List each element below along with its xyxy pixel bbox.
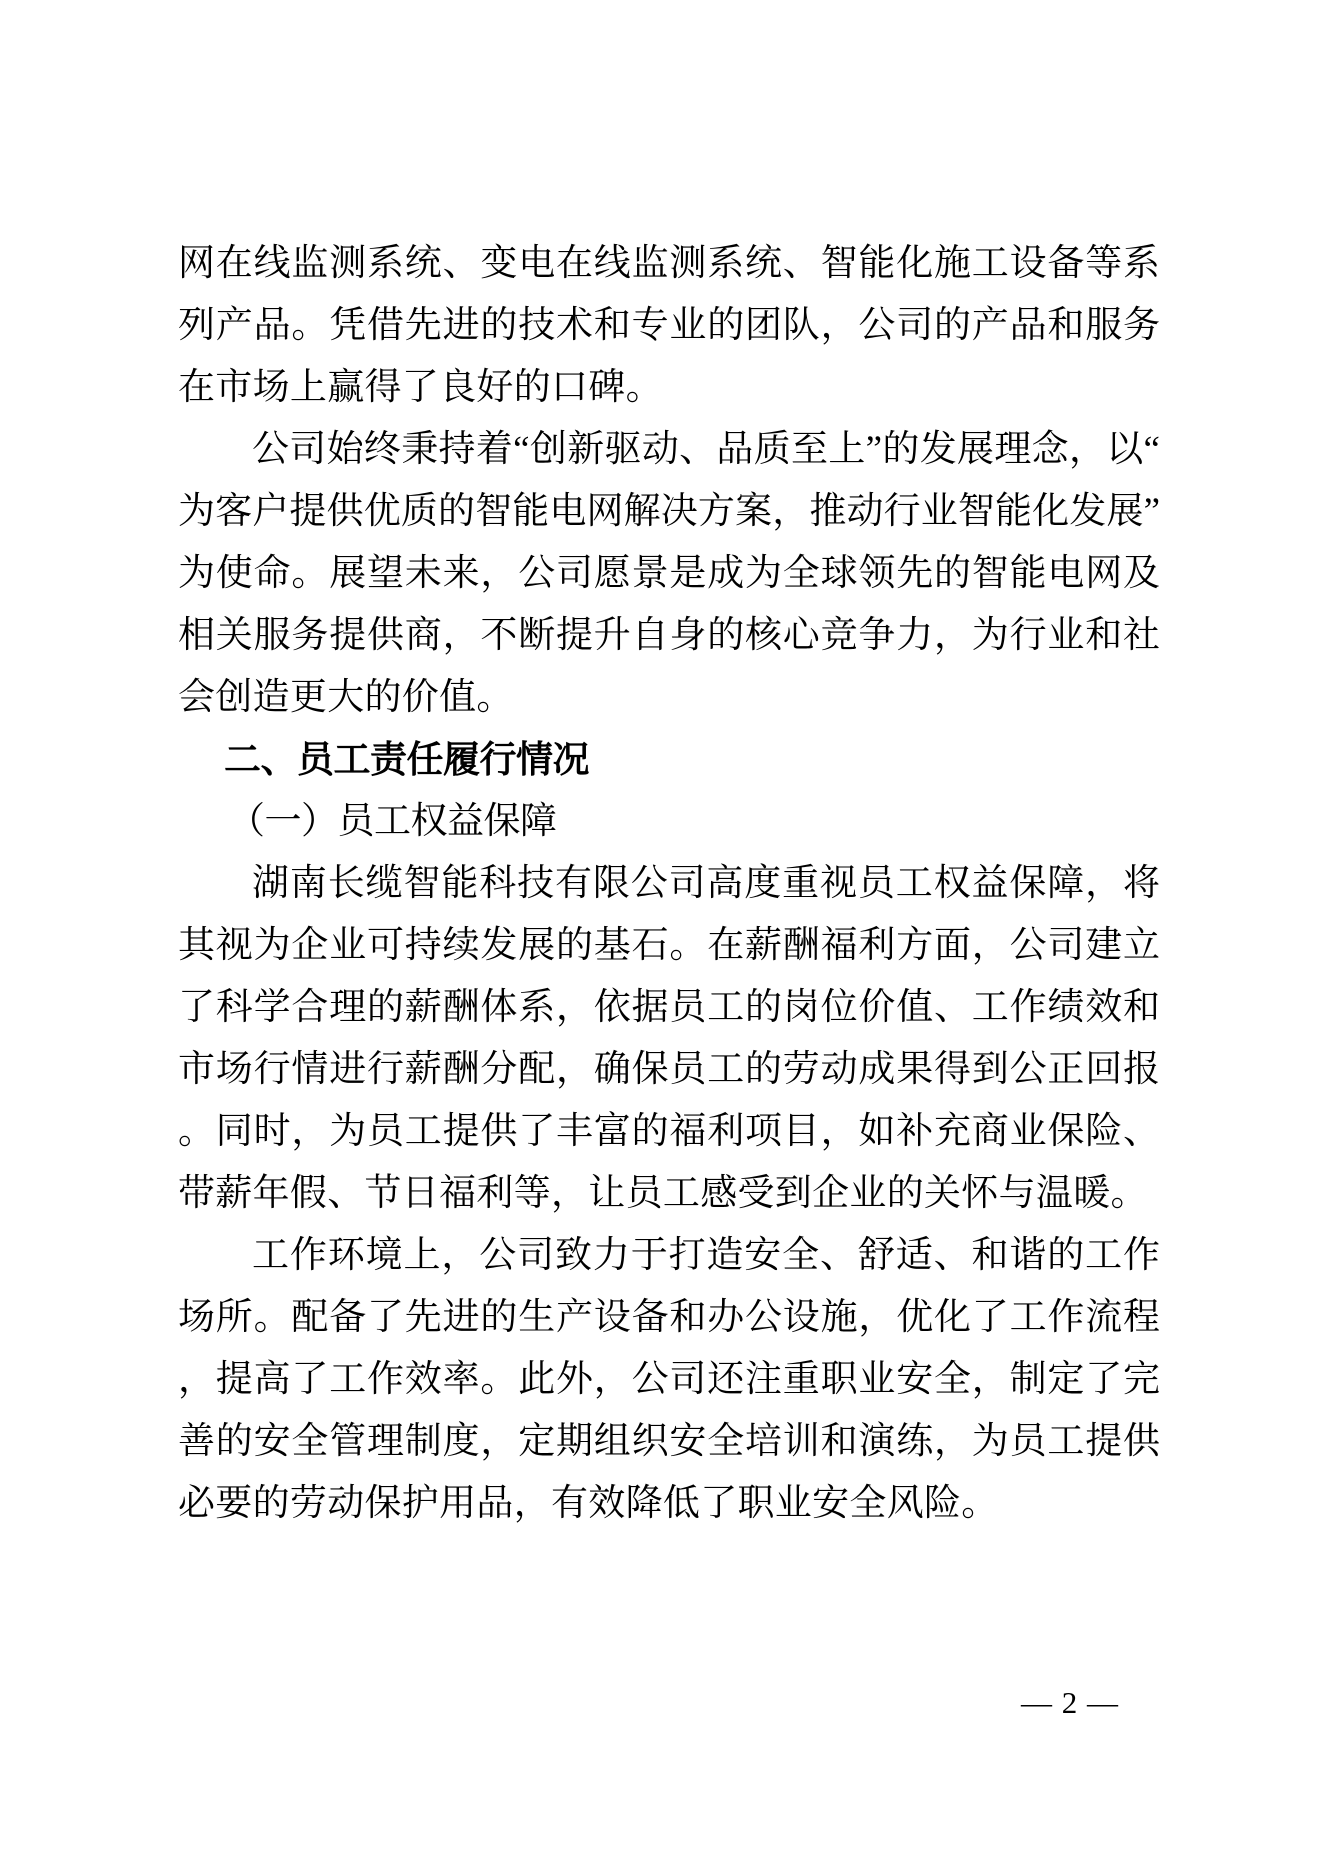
body-line: 为使命。展望未来，公司愿景是成为全球领先的智能电网及	[178, 543, 1159, 605]
body-line: 公司始终秉持着“创新驱动、品质至上”的发展理念，以“	[178, 419, 1159, 481]
body-line: ，提高了工作效率。此外，公司还注重职业安全，制定了完	[178, 1349, 1159, 1411]
body-line: 为客户提供优质的智能电网解决方案，推动行业智能化发展”	[178, 481, 1159, 543]
section-heading: 二、员工责任履行情况	[178, 729, 1159, 791]
document-page: 网在线监测系统、变电在线监测系统、智能化施工设备等系 列产品。凭借先进的技术和专…	[0, 0, 1323, 1871]
body-line: 场所。配备了先进的生产设备和办公设施，优化了工作流程	[178, 1287, 1159, 1349]
body-line: 必要的劳动保护用品，有效降低了职业安全风险。	[178, 1473, 1159, 1535]
body-line: 了科学合理的薪酬体系，依据员工的岗位价值、工作绩效和	[178, 977, 1159, 1039]
document-body: 网在线监测系统、变电在线监测系统、智能化施工设备等系 列产品。凭借先进的技术和专…	[178, 233, 1159, 1535]
body-line: 。同时，为员工提供了丰富的福利项目，如补充商业保险、	[178, 1101, 1159, 1163]
subsection-heading: （一）员工权益保障	[178, 791, 1159, 853]
body-line: 在市场上赢得了良好的口碑。	[178, 357, 1159, 419]
body-line: 带薪年假、节日福利等，让员工感受到企业的关怀与温暖。	[178, 1163, 1159, 1225]
body-line: 网在线监测系统、变电在线监测系统、智能化施工设备等系	[178, 233, 1159, 295]
body-line: 相关服务提供商，不断提升自身的核心竞争力，为行业和社	[178, 605, 1159, 667]
body-line: 善的安全管理制度，定期组织安全培训和演练，为员工提供	[178, 1411, 1159, 1473]
body-line: 会创造更大的价值。	[178, 667, 1159, 729]
body-line: 市场行情进行薪酬分配，确保员工的劳动成果得到公正回报	[178, 1039, 1159, 1101]
body-line: 工作环境上，公司致力于打造安全、舒适、和谐的工作	[178, 1225, 1159, 1287]
page-number: — 2 —	[1000, 1683, 1140, 1723]
body-line: 湖南长缆智能科技有限公司高度重视员工权益保障，将	[178, 853, 1159, 915]
body-line: 列产品。凭借先进的技术和专业的团队，公司的产品和服务	[178, 295, 1159, 357]
body-line: 其视为企业可持续发展的基石。在薪酬福利方面，公司建立	[178, 915, 1159, 977]
